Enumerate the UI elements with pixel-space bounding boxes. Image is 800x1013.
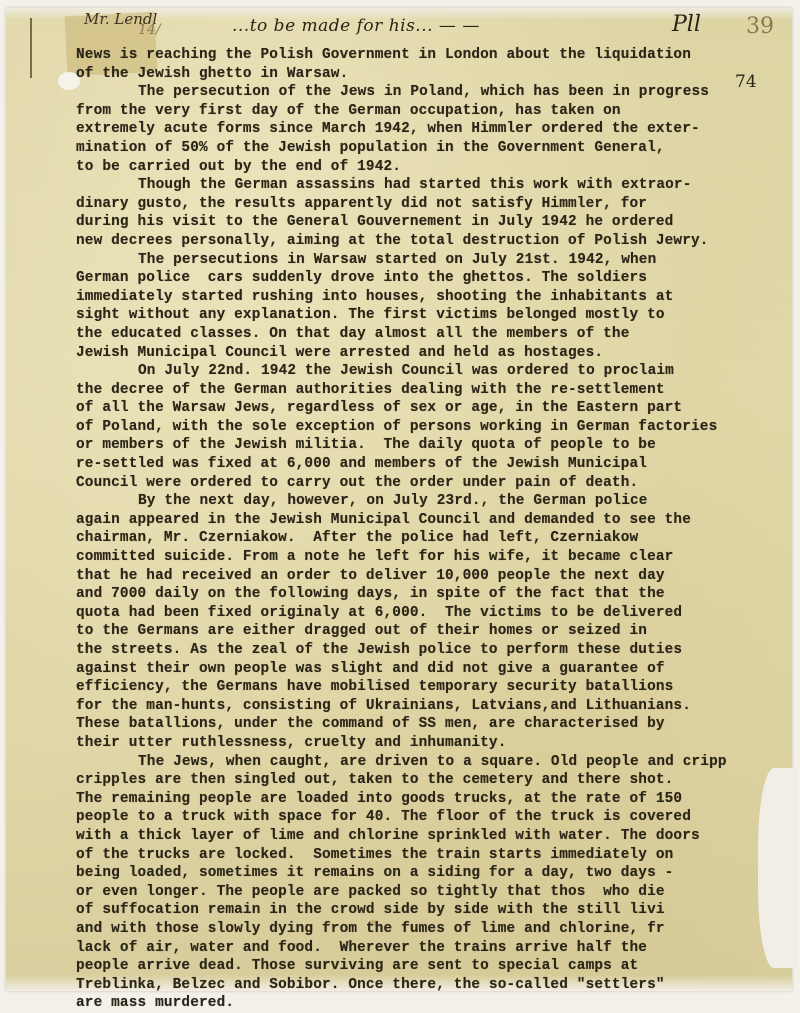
typed-line: German police cars suddenly drove into t… <box>76 269 796 288</box>
typed-line: The persecution of the Jews in Poland, w… <box>76 83 796 102</box>
typed-line: their utter ruthlessness, cruelty and in… <box>76 734 796 753</box>
typed-line: News is reaching the Polish Government i… <box>76 46 796 65</box>
typed-line: efficiency, the Germans have mobilised t… <box>76 678 796 697</box>
typed-line: or members of the Jewish militia. The da… <box>76 436 796 455</box>
page-number: 39 <box>746 14 774 39</box>
typed-line: On July 22nd. 1942 the Jewish Council wa… <box>76 362 796 381</box>
typed-line: re-settled was fixed at 6,000 and member… <box>76 455 796 474</box>
typed-line: the streets. As the zeal of the Jewish p… <box>76 641 796 660</box>
typed-line: of the trucks are locked. Sometimes the … <box>76 846 796 865</box>
typed-line: committed suicide. From a note he left f… <box>76 548 796 567</box>
typed-line: mination of 50% of the Jewish population… <box>76 139 796 158</box>
typed-line: The persecutions in Warsaw started on Ju… <box>76 251 796 270</box>
typed-line: The Jews, when caught, are driven to a s… <box>76 753 796 772</box>
typed-line: sight without any explanation. The first… <box>76 306 796 325</box>
typed-line: Jewish Municipal Council were arrested a… <box>76 344 796 363</box>
margin-pen-mark <box>30 18 32 78</box>
typed-line: people arrive dead. Those surviving are … <box>76 957 796 976</box>
typed-line: and with those slowly dying from the fum… <box>76 920 796 939</box>
handwritten-top-note: ...to be made for his... — — <box>232 16 480 36</box>
typed-line: or even longer. The people are packed so… <box>76 883 796 902</box>
typed-line: and 7000 daily on the following days, in… <box>76 585 796 604</box>
typed-line: dinary gusto, the results apparently did… <box>76 195 796 214</box>
handwritten-faint-note: 14/ <box>138 22 161 38</box>
typed-line: of suffocation remain in the crowd side … <box>76 901 796 920</box>
typed-line: of Poland, with the sole exception of pe… <box>76 418 796 437</box>
typed-line: with a thick layer of lime and chlorine … <box>76 827 796 846</box>
typed-line: the educated classes. On that day almost… <box>76 325 796 344</box>
typed-line: cripples are then singled out, taken to … <box>76 771 796 790</box>
handwritten-initials: Pll <box>672 12 701 37</box>
typed-line: during his visit to the General Gouverne… <box>76 213 796 232</box>
typed-line: to the Germans are either dragged out of… <box>76 622 796 641</box>
typed-line: quota had been fixed originaly at 6,000.… <box>76 604 796 623</box>
typed-line: Though the German assassins had started … <box>76 176 796 195</box>
typed-line: against their own people was slight and … <box>76 660 796 679</box>
typed-line: that he had received an order to deliver… <box>76 567 796 586</box>
typed-line: for the man-hunts, consisting of Ukraini… <box>76 697 796 716</box>
typed-body-text: News is reaching the Polish Government i… <box>76 46 796 999</box>
typed-line: people to a truck with space for 40. The… <box>76 808 796 827</box>
typed-line: from the very first day of the German oc… <box>76 102 796 121</box>
typed-line: again appeared in the Jewish Municipal C… <box>76 511 796 530</box>
typed-line: new decrees personally, aiming at the to… <box>76 232 796 251</box>
typed-line: to be carried out by the end of 1942. <box>76 158 796 177</box>
typed-line: Council were ordered to carry out the or… <box>76 474 796 493</box>
typed-line: lack of air, water and food. Wherever th… <box>76 939 796 958</box>
typed-line: are mass murdered. <box>76 994 796 999</box>
typed-line: The remaining people are loaded into goo… <box>76 790 796 809</box>
typed-line: being loaded, sometimes it remains on a … <box>76 864 796 883</box>
typed-line: immediately started rushing into houses,… <box>76 288 796 307</box>
typed-line: chairman, Mr. Czerniakow. After the poli… <box>76 529 796 548</box>
typed-line: These batallions, under the command of S… <box>76 715 796 734</box>
typed-line: the decree of the German authorities dea… <box>76 381 796 400</box>
typed-line: Treblinka, Belzec and Sobibor. Once ther… <box>76 976 796 995</box>
typed-line: of all the Warsaw Jews, regardless of se… <box>76 399 796 418</box>
typed-line: By the next day, however, on July 23rd.,… <box>76 492 796 511</box>
typed-line: of the Jewish ghetto in Warsaw. <box>76 65 796 84</box>
typed-line: extremely acute forms since March 1942, … <box>76 120 796 139</box>
